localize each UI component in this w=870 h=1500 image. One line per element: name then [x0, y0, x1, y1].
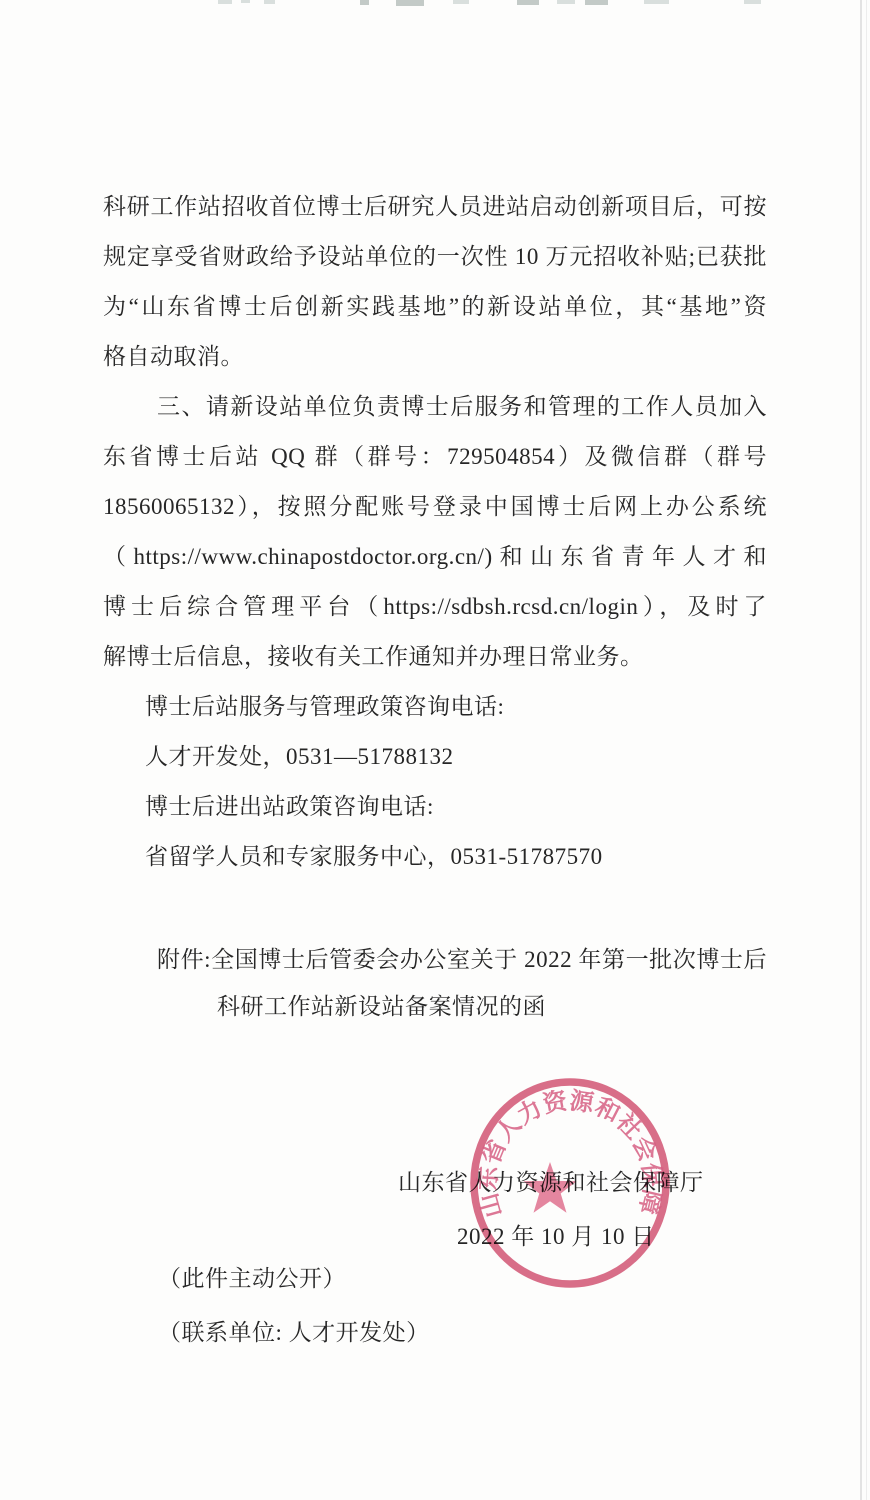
scan-edge-line [860, 0, 862, 1500]
contact-phone: 省留学人员和专家服务中心，0531-51787570 [103, 832, 767, 882]
scan-artifact [241, 0, 250, 3]
scan-artifact [218, 0, 232, 4]
seal-arc-text-holder: 山东省人力资源和社会保障厅 [460, 1066, 667, 1220]
contact-line: 博士后进出站政策咨询电话: [103, 782, 767, 832]
body-line: 解博士后信息，接收有关工作通知并办理日常业务。 [103, 632, 767, 682]
attachment-reference: 附件:全国博士后管委会办公室关于 2022 年第一批次博士后 科研工作站新设站备… [103, 936, 767, 1030]
scan-artifact [264, 0, 275, 4]
body-line: 东省博士后站 QQ 群（群号：729504854）及微信群（群号 [103, 432, 767, 482]
body-line: 博士后综合管理平台（https://sdbsh.rcsd.cn/login），及… [103, 582, 767, 632]
body-line: 规定享受省财政给予设站单位的一次性 10 万元招收补贴;已获批 [103, 232, 767, 282]
star-icon [523, 1162, 576, 1213]
scan-artifact [453, 0, 469, 4]
body-line: 格自动取消。 [103, 332, 767, 382]
attachment-line: 附件:全国博士后管委会办公室关于 2022 年第一批次博士后 [103, 936, 767, 983]
seal-arc-text: 山东省人力资源和社会保障厅 [460, 1066, 667, 1220]
scan-artifact [517, 0, 539, 5]
official-seal-stamp: 山东省人力资源和社会保障厅 [460, 1066, 680, 1300]
body-line: 18560065132），按照分配账号登录中国博士后网上办公系统 [103, 482, 767, 532]
letter-body: 科研工作站招收首位博士后研究人员进站启动创新项目后，可按 规定享受省财政给予设站… [103, 182, 767, 882]
scan-artifact [557, 0, 575, 4]
contact-unit-note: （联系单位: 人才开发处） [158, 1309, 430, 1357]
scan-artifact [585, 0, 608, 5]
body-line: 科研工作站招收首位博士后研究人员进站启动创新项目后，可按 [103, 182, 767, 232]
attachment-line: 科研工作站新设站备案情况的函 [103, 983, 767, 1030]
body-line: 三、请新设站单位负责博士后服务和管理的工作人员加入山 [103, 382, 767, 432]
disclosure-note: （此件主动公开） [158, 1255, 346, 1303]
body-line: （https://www.chinapostdoctor.org.cn/)和山东… [103, 532, 767, 582]
contact-line: 博士后站服务与管理政策咨询电话: [103, 682, 767, 732]
scan-artifact [360, 0, 369, 5]
scan-artifact [644, 0, 669, 4]
scan-artifact [396, 0, 424, 6]
body-line: 为“山东省博士后创新实践基地”的新设站单位，其“基地”资 [103, 282, 767, 332]
scan-artifact [744, 0, 761, 4]
scanned-letter-page: 科研工作站招收首位博士后研究人员进站启动创新项目后，可按 规定享受省财政给予设站… [0, 0, 870, 1500]
scan-edge-line [866, 0, 867, 1500]
contact-phone: 人才开发处，0531—51788132 [103, 732, 767, 782]
